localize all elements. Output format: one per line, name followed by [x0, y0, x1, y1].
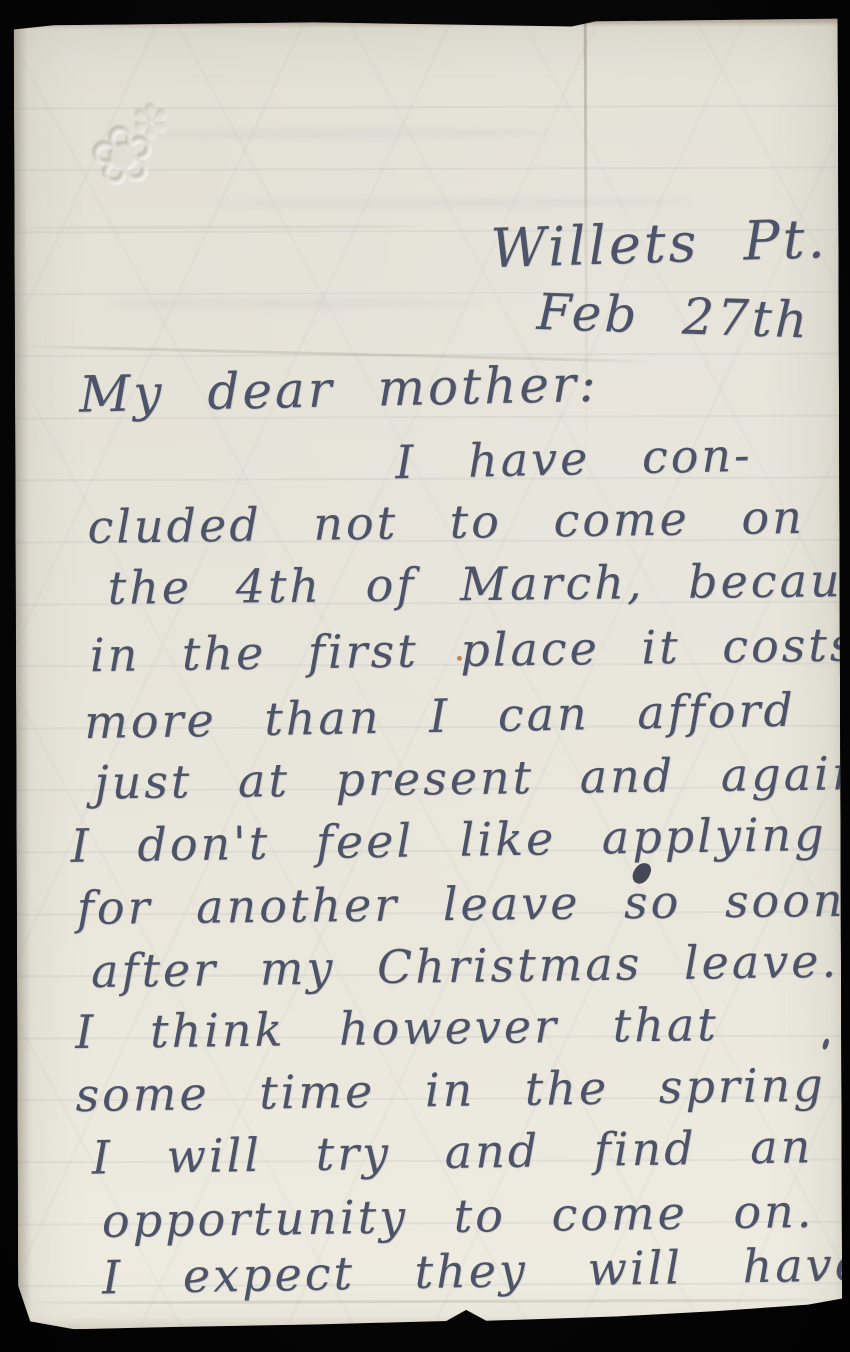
letter-line: in the first place it costs [90, 621, 850, 678]
paper-bottom-edge-shadow [18, 1315, 842, 1344]
letter-line: I will try and find an [91, 1123, 813, 1180]
letter-line: I have con- [395, 432, 753, 485]
scan-background: ❀ ✽ Willets Pt. Feb 27th 81 My dear moth… [0, 0, 850, 1352]
letter-line: I expect they will have [102, 1241, 850, 1300]
letter-line: for another leave so soon. [77, 877, 850, 931]
salutation-line: My dear mother: [79, 359, 600, 420]
letter-line: more than I can afford [84, 687, 796, 745]
letter-line: the 4th of March, because [107, 557, 850, 611]
heading-place: Willets Pt. [490, 212, 829, 276]
letter-line: opportunity to come on. [102, 1188, 815, 1244]
embossed-stamp-icon: ✽ [132, 97, 169, 148]
letter-line: cluded not to come on [87, 494, 805, 550]
letter-line: I don't feel like applying [70, 811, 827, 869]
letter-line: just at present and again [94, 750, 850, 805]
letter-page: ❀ ✽ Willets Pt. Feb 27th 81 My dear moth… [14, 17, 843, 1344]
heading-date: Feb 27th 81 [536, 287, 850, 349]
letter-line: after my Christmas leave. [91, 938, 840, 994]
letter-line: some time in the spring [75, 1062, 826, 1118]
letter-line: I think however that [75, 1001, 719, 1055]
